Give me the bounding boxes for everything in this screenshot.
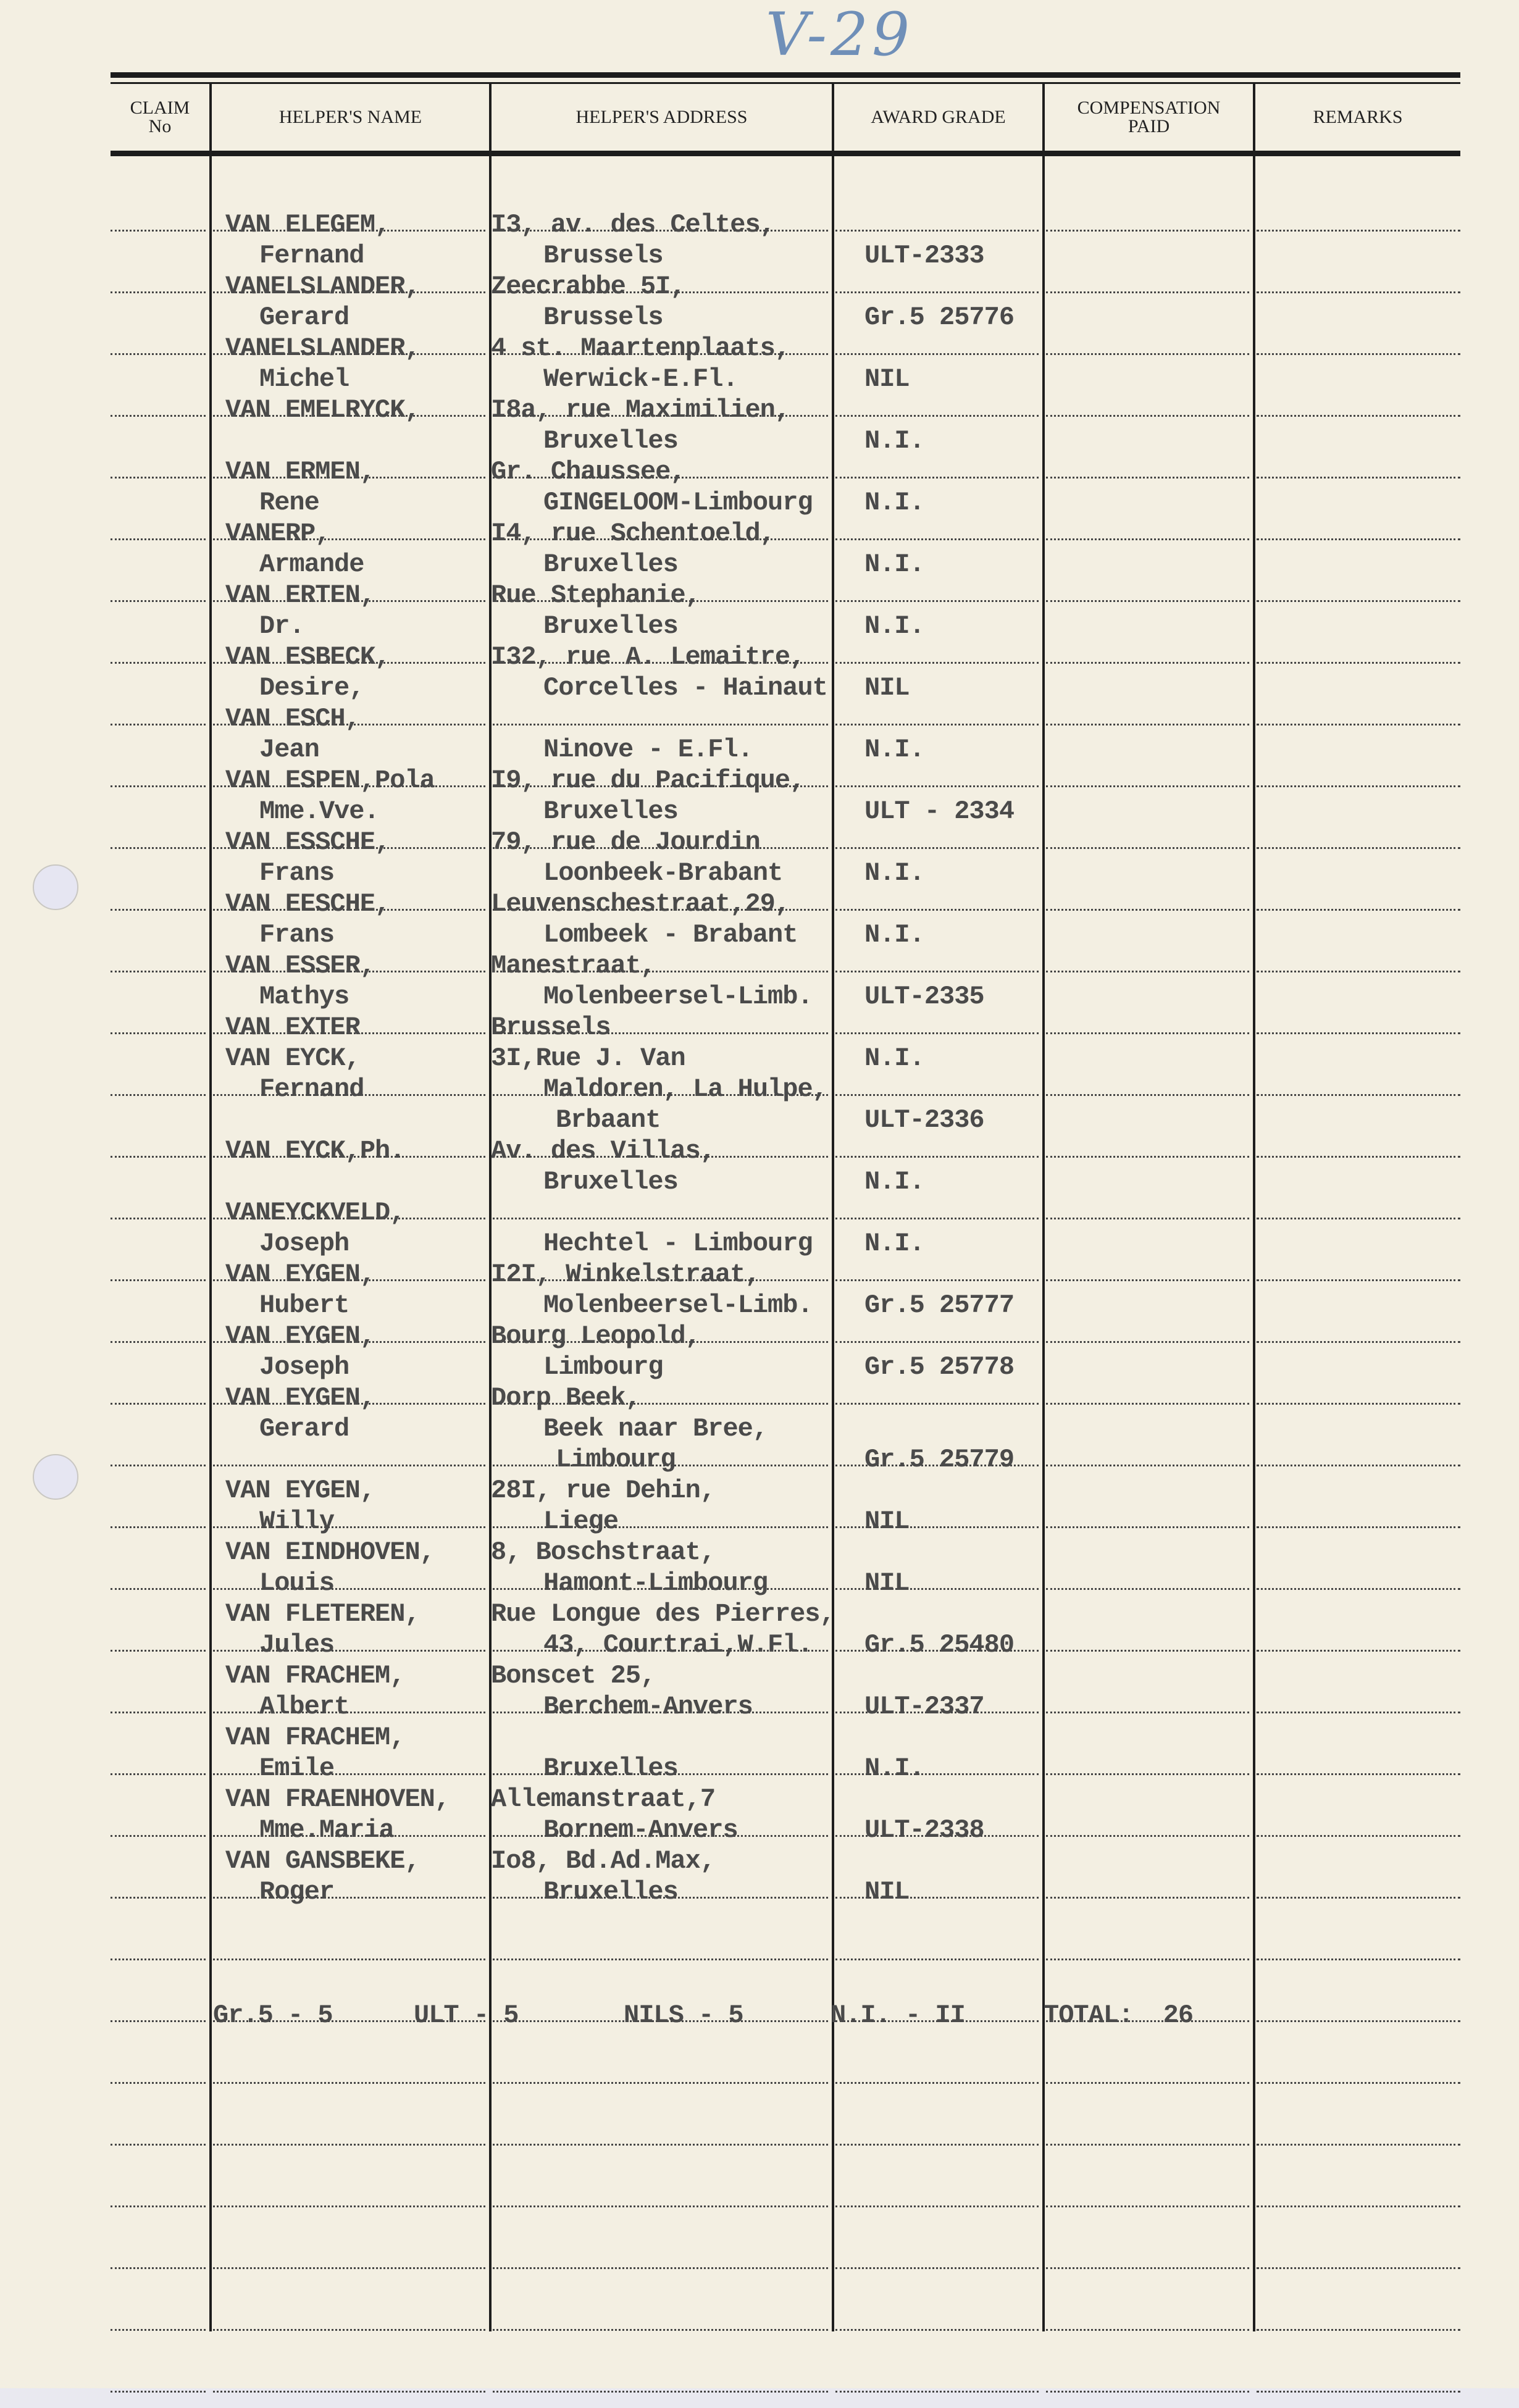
address-line-2: Liege xyxy=(543,1507,618,1536)
award-grade: N.I. xyxy=(864,611,924,641)
dotted-rule xyxy=(835,847,1039,849)
dotted-rule xyxy=(111,353,206,355)
dotted-rule xyxy=(1046,1712,1249,1713)
header-rule-top xyxy=(111,72,1460,78)
dotted-rule xyxy=(1257,1032,1460,1034)
dotted-rule xyxy=(835,1959,1039,1960)
dotted-rule xyxy=(1257,1156,1460,1158)
helper-given-name: Fernand xyxy=(259,241,364,270)
dotted-rule xyxy=(1046,1218,1249,1219)
award-grade: ULT-2335 xyxy=(864,982,984,1011)
summary-total: TOTAL: 26 xyxy=(1044,2000,1193,2030)
dotted-rule xyxy=(1257,1773,1460,1775)
dotted-rule xyxy=(1257,477,1460,479)
helper-surname: VAN EYGEN, xyxy=(225,1383,375,1413)
dotted-rule xyxy=(835,1218,1039,1219)
award-grade: ULT-2337 xyxy=(864,1692,984,1721)
address-line-2: Loonbeek-Brabant xyxy=(543,858,782,888)
address-line-2: Corcelles - Hainaut xyxy=(543,673,827,703)
punch-hole-icon xyxy=(33,864,78,910)
dotted-rule xyxy=(111,662,206,664)
header-helper-address: HELPER'S ADDRESS xyxy=(492,86,832,148)
dotted-rule xyxy=(1046,1279,1249,1281)
dotted-rule xyxy=(111,785,206,787)
helper-surname: VAN ESSCHE, xyxy=(225,827,390,857)
dotted-rule xyxy=(1257,2329,1460,2331)
helper-given-name: Willy xyxy=(259,1507,334,1536)
dotted-rule xyxy=(1046,1094,1249,1096)
dotted-rule xyxy=(835,971,1039,972)
dotted-rule xyxy=(111,1279,206,1281)
dotted-rule xyxy=(1257,847,1460,849)
dotted-rule xyxy=(111,1897,206,1899)
dotted-rule xyxy=(213,2082,485,2084)
address-line-1: Brussels xyxy=(491,1013,611,1042)
dotted-rule xyxy=(1046,1897,1249,1899)
dotted-rule xyxy=(1257,1526,1460,1528)
award-grade: ULT-2336 xyxy=(864,1105,984,1135)
dotted-rule xyxy=(111,1156,206,1158)
dotted-rule xyxy=(111,2082,206,2084)
dotted-rule xyxy=(1046,1526,1249,1528)
helper-surname: VANEYCKVELD, xyxy=(225,1198,404,1227)
address-line-1: 8, Boschstraat, xyxy=(491,1537,715,1567)
address-line-1: Rue Longue des Pierres, xyxy=(491,1599,835,1629)
dotted-rule xyxy=(1046,2144,1249,2146)
dotted-rule xyxy=(1046,909,1249,911)
header-claim-no: CLAIM No xyxy=(111,86,209,148)
column-divider xyxy=(1042,84,1045,2331)
dotted-rule xyxy=(1046,2391,1249,2393)
helper-surname: VAN EXTER xyxy=(225,1013,360,1042)
dotted-rule xyxy=(1046,1156,1249,1158)
dotted-rule xyxy=(493,2144,828,2146)
address-line-1: I3, av. des Celtes, xyxy=(491,210,775,240)
dotted-rule xyxy=(493,1218,828,1219)
dotted-rule xyxy=(835,230,1039,232)
address-line-2: Hamont-Limbourg xyxy=(543,1568,768,1598)
dotted-rule xyxy=(1046,785,1249,787)
address-line-1: 79, rue de Jourdin xyxy=(491,827,760,857)
address-line-1: 3I,Rue J. Van xyxy=(491,1043,685,1073)
dotted-rule xyxy=(835,1279,1039,1281)
dotted-rule xyxy=(835,1403,1039,1405)
dotted-rule xyxy=(1257,1341,1460,1343)
summary-gr5: Gr.5 - 5 xyxy=(213,2000,333,2030)
dotted-rule xyxy=(1257,1465,1460,1466)
address-line-1: Rue Stephanie, xyxy=(491,580,700,610)
helper-surname: VANERP, xyxy=(225,519,330,548)
dotted-rule xyxy=(213,2267,485,2269)
dotted-rule xyxy=(1046,538,1249,540)
helper-surname: VAN GANSBEKE, xyxy=(225,1846,420,1876)
award-grade: Gr.5 25777 xyxy=(864,1290,1014,1320)
award-grade: Gr.5 25480 xyxy=(864,1630,1014,1660)
dotted-rule xyxy=(1257,1403,1460,1405)
punch-hole-icon xyxy=(33,1454,78,1500)
dotted-rule xyxy=(835,477,1039,479)
address-line-1: Allemanstraat,7 xyxy=(491,1784,715,1814)
dotted-rule xyxy=(493,1959,828,1960)
header-rule-thin xyxy=(111,82,1460,84)
helper-given-name: Emile xyxy=(259,1754,334,1783)
award-grade: Gr.5 25776 xyxy=(864,303,1014,332)
helper-surname: VAN EYCK, xyxy=(225,1043,360,1073)
helper-surname: VAN FRACHEM, xyxy=(225,1661,404,1691)
dotted-rule xyxy=(213,2329,485,2331)
dotted-rule xyxy=(1046,847,1249,849)
dotted-rule xyxy=(111,1588,206,1590)
dotted-rule xyxy=(1046,1959,1249,1960)
address-line-1: Bonscet 25, xyxy=(491,1661,655,1691)
helper-given-name: Jules xyxy=(259,1630,334,1660)
helper-surname: VAN EYGEN, xyxy=(225,1260,375,1289)
dotted-rule xyxy=(493,724,828,725)
helper-given-name: Roger xyxy=(259,1877,334,1907)
dotted-rule xyxy=(1257,1712,1460,1713)
helper-given-name: Mathys xyxy=(259,982,349,1011)
file-mark: V-29 xyxy=(766,0,913,69)
helper-given-name: Armande xyxy=(259,550,364,579)
header-helper-name: HELPER'S NAME xyxy=(212,86,489,148)
dotted-rule xyxy=(1257,415,1460,417)
dotted-rule xyxy=(111,538,206,540)
address-line-2: Beek naar Bree, xyxy=(543,1414,768,1444)
dotted-rule xyxy=(111,1032,206,1034)
award-grade: ULT-2333 xyxy=(864,241,984,270)
dotted-rule xyxy=(835,2391,1039,2393)
dotted-rule xyxy=(835,785,1039,787)
address-line-3: Brbaant xyxy=(556,1105,660,1135)
helper-surname: VAN EYGEN, xyxy=(225,1321,375,1351)
dotted-rule xyxy=(213,1526,485,1528)
helper-surname: VAN FLETEREN, xyxy=(225,1599,420,1629)
dotted-rule xyxy=(1257,1588,1460,1590)
dotted-rule xyxy=(1257,1959,1460,1960)
helper-surname: VAN EMELRYCK, xyxy=(225,395,420,425)
dotted-rule xyxy=(111,1526,206,1528)
dotted-rule xyxy=(111,847,206,849)
helper-given-name: Desire, xyxy=(259,673,364,703)
dotted-rule xyxy=(111,230,206,232)
helper-surname: VAN ESCH, xyxy=(225,704,360,734)
dotted-rule xyxy=(213,1650,485,1652)
helper-given-name: Joseph xyxy=(259,1229,349,1258)
dotted-rule xyxy=(1046,662,1249,664)
dotted-rule xyxy=(111,1218,206,1219)
summary-ni: N.I. - II xyxy=(831,2000,965,2030)
dotted-rule xyxy=(1257,1218,1460,1219)
dotted-rule xyxy=(1257,538,1460,540)
dotted-rule xyxy=(111,1712,206,1713)
address-line-1: I8a, rue Maximilien, xyxy=(491,395,790,425)
address-line-2: Brussels xyxy=(543,303,663,332)
dotted-rule xyxy=(1046,353,1249,355)
dotted-rule xyxy=(111,971,206,972)
award-grade: ULT-2338 xyxy=(864,1815,984,1845)
helper-surname: VAN EINDHOVEN, xyxy=(225,1537,435,1567)
helper-given-name: Albert xyxy=(259,1692,349,1721)
award-grade: N.I. xyxy=(864,920,924,950)
header-award-grade: AWARD GRADE xyxy=(834,86,1042,148)
dotted-rule xyxy=(1257,1835,1460,1837)
address-line-2: Ninove - E.Fl. xyxy=(543,735,753,764)
address-line-1: 4 st. Maartenplaats, xyxy=(491,333,790,363)
dotted-rule xyxy=(111,1094,206,1096)
helper-surname: VAN FRACHEM, xyxy=(225,1723,404,1752)
dotted-rule xyxy=(213,1897,485,1899)
award-grade: NIL xyxy=(864,1568,910,1598)
address-line-2: Bruxelles xyxy=(543,796,678,826)
dotted-rule xyxy=(1046,2205,1249,2207)
dotted-rule xyxy=(493,2082,828,2084)
award-grade: NIL xyxy=(864,1877,910,1907)
address-line-2: Bruxelles xyxy=(543,1167,678,1197)
award-grade: N.I. xyxy=(864,488,924,517)
dotted-rule xyxy=(111,1465,206,1466)
dotted-rule xyxy=(111,2391,206,2393)
dotted-rule xyxy=(111,2329,206,2331)
helper-given-name: Louis xyxy=(259,1568,334,1598)
dotted-rule xyxy=(1046,971,1249,972)
dotted-rule xyxy=(835,662,1039,664)
dotted-rule xyxy=(1257,785,1460,787)
dotted-rule xyxy=(1046,2329,1249,2331)
award-grade: N.I. xyxy=(864,735,924,764)
address-line-1: I9, rue du Pacifique, xyxy=(491,766,805,795)
dotted-rule xyxy=(835,909,1039,911)
helper-surname: VAN EYCK,Ph. xyxy=(225,1136,404,1166)
address-line-1: Manestraat, xyxy=(491,951,655,980)
dotted-rule xyxy=(1046,1032,1249,1034)
address-line-2: Berchem-Anvers xyxy=(543,1692,753,1721)
helper-given-name: Gerard xyxy=(259,1414,349,1444)
address-line-2: Limbourg xyxy=(543,1352,663,1382)
dotted-rule xyxy=(111,909,206,911)
dotted-rule xyxy=(213,1959,485,1960)
address-line-1: Leuvenschestraat,29, xyxy=(491,889,790,919)
helper-given-name: Joseph xyxy=(259,1352,349,1382)
dotted-rule xyxy=(1046,2267,1249,2269)
helper-surname: VAN ESSER, xyxy=(225,951,375,980)
dotted-rule xyxy=(213,1712,485,1713)
award-grade: Gr.5 25778 xyxy=(864,1352,1014,1382)
helper-surname: VAN ERMEN, xyxy=(225,457,375,487)
award-grade: N.I. xyxy=(864,550,924,579)
address-line-2: Molenbeersel-Limb. xyxy=(543,1290,813,1320)
helper-surname: VAN EYGEN, xyxy=(225,1476,375,1505)
dotted-rule xyxy=(835,2267,1039,2269)
award-grade: N.I. xyxy=(864,1043,924,1073)
dotted-rule xyxy=(111,1835,206,1837)
dotted-rule xyxy=(1046,1588,1249,1590)
dotted-rule xyxy=(1257,291,1460,293)
dotted-rule xyxy=(493,2391,828,2393)
dotted-rule xyxy=(213,1588,485,1590)
address-line-2: Bruxelles xyxy=(543,1877,678,1907)
dotted-rule xyxy=(835,2144,1039,2146)
address-line-1: Dorp Beek, xyxy=(491,1383,640,1413)
address-line-3: Limbourg xyxy=(556,1445,676,1474)
address-line-1: Gr. Chaussee, xyxy=(491,457,685,487)
dotted-rule xyxy=(1046,477,1249,479)
dotted-rule xyxy=(111,1959,206,1960)
award-grade: NIL xyxy=(864,364,910,394)
dotted-rule xyxy=(835,353,1039,355)
dotted-rule xyxy=(1257,1897,1460,1899)
dotted-rule xyxy=(835,600,1039,602)
dotted-rule xyxy=(1046,1341,1249,1343)
address-line-2: Hechtel - Limbourg xyxy=(543,1229,813,1258)
dotted-rule xyxy=(835,1156,1039,1158)
dotted-rule xyxy=(1257,2205,1460,2207)
award-grade: N.I. xyxy=(864,858,924,888)
dotted-rule xyxy=(1046,2082,1249,2084)
helper-surname: VANELSLANDER, xyxy=(225,272,420,301)
address-line-1: I2I, Winkelstraat, xyxy=(491,1260,760,1289)
address-line-2: Bruxelles xyxy=(543,550,678,579)
award-grade: N.I. xyxy=(864,1229,924,1258)
dotted-rule xyxy=(835,415,1039,417)
helper-given-name: Fernand xyxy=(259,1074,364,1104)
dotted-rule xyxy=(1257,971,1460,972)
dotted-rule xyxy=(1046,291,1249,293)
award-grade: N.I. xyxy=(864,1754,924,1783)
dotted-rule xyxy=(111,600,206,602)
dotted-rule xyxy=(213,1465,485,1466)
address-line-2: Bruxelles xyxy=(543,1754,678,1783)
dotted-rule xyxy=(213,1773,485,1775)
dotted-rule xyxy=(835,2205,1039,2207)
helper-surname: VAN ELEGEM, xyxy=(225,210,390,240)
address-line-2: Bornem-Anvers xyxy=(543,1815,738,1845)
address-line-1: Zeecrabbe 5I, xyxy=(491,272,685,301)
address-line-1: 28I, rue Dehin, xyxy=(491,1476,715,1505)
dotted-rule xyxy=(1046,1465,1249,1466)
helper-given-name: Gerard xyxy=(259,303,349,332)
helper-surname: VAN ERTEN, xyxy=(225,580,375,610)
dotted-rule xyxy=(1046,230,1249,232)
dotted-rule xyxy=(835,1032,1039,1034)
helper-given-name: Rene xyxy=(259,488,319,517)
dotted-rule xyxy=(111,291,206,293)
dotted-rule xyxy=(493,2329,828,2331)
dotted-rule xyxy=(835,2082,1039,2084)
dotted-rule xyxy=(1257,1094,1460,1096)
column-divider xyxy=(832,84,834,2331)
award-grade: NIL xyxy=(864,1507,910,1536)
helper-given-name: Frans xyxy=(259,858,334,888)
dotted-rule xyxy=(111,2205,206,2207)
dotted-rule xyxy=(1257,662,1460,664)
dotted-rule xyxy=(111,415,206,417)
dotted-rule xyxy=(1257,353,1460,355)
dotted-rule xyxy=(213,2205,485,2207)
address-line-2: Bruxelles xyxy=(543,611,678,641)
address-line-1: I4, rue Schentoeld, xyxy=(491,519,775,548)
award-grade: N.I. xyxy=(864,426,924,456)
address-line-1: Bourg Leopold, xyxy=(491,1321,700,1351)
dotted-rule xyxy=(835,1341,1039,1343)
dotted-rule xyxy=(111,1403,206,1405)
dotted-rule xyxy=(1257,1279,1460,1281)
dotted-rule xyxy=(1257,2144,1460,2146)
column-divider xyxy=(1253,84,1255,2331)
dotted-rule xyxy=(111,2020,206,2022)
dotted-rule xyxy=(835,538,1039,540)
helper-given-name: Dr. xyxy=(259,611,304,641)
address-line-2: Bruxelles xyxy=(543,426,678,456)
address-line-2: 43, Courtrai,W.Fl. xyxy=(543,1630,813,1660)
helper-given-name: Michel xyxy=(259,364,349,394)
summary-ult: ULT - 5 xyxy=(414,2000,518,2030)
dotted-rule xyxy=(1046,1773,1249,1775)
header-compensation-paid: COMPENSATION PAID xyxy=(1045,86,1253,148)
address-line-1: Av. des Villas, xyxy=(491,1136,715,1166)
dotted-rule xyxy=(111,1341,206,1343)
helper-given-name: Mme.Vve. xyxy=(259,796,379,826)
address-line-2: GINGELOOM-Limbourg xyxy=(543,488,813,517)
dotted-rule xyxy=(1257,2082,1460,2084)
dotted-rule xyxy=(1257,1650,1460,1652)
dotted-rule xyxy=(1046,1835,1249,1837)
helper-given-name: Frans xyxy=(259,920,334,950)
helper-given-name: Hubert xyxy=(259,1290,349,1320)
address-line-1: Io8, Bd.Ad.Max, xyxy=(491,1846,715,1876)
dotted-rule xyxy=(111,477,206,479)
dotted-rule xyxy=(111,724,206,725)
dotted-rule xyxy=(213,2144,485,2146)
dotted-rule xyxy=(493,2205,828,2207)
address-line-2: Lombeek - Brabant xyxy=(543,920,797,950)
dotted-rule xyxy=(1257,2267,1460,2269)
address-line-2: Werwick-E.Fl. xyxy=(543,364,738,394)
summary-nils: NILS - 5 xyxy=(624,2000,743,2030)
helper-surname: VAN EESCHE, xyxy=(225,889,390,919)
award-grade: NIL xyxy=(864,673,910,703)
dotted-rule xyxy=(111,2144,206,2146)
award-grade: Gr.5 25779 xyxy=(864,1445,1014,1474)
helper-surname: VAN ESBECK, xyxy=(225,642,390,672)
award-grade: ULT - 2334 xyxy=(864,796,1014,826)
dotted-rule xyxy=(1257,2020,1460,2022)
address-line-2: Brussels xyxy=(543,241,663,270)
dotted-rule xyxy=(835,1094,1039,1096)
address-line-1: I32, rue A. Lemaitre, xyxy=(491,642,805,672)
address-line-2: Molenbeersel-Limb. xyxy=(543,982,813,1011)
dotted-rule xyxy=(1046,724,1249,725)
dotted-rule xyxy=(835,291,1039,293)
dotted-rule xyxy=(493,2267,828,2269)
helper-given-name: Jean xyxy=(259,735,319,764)
helper-surname: VAN FRAENHOVEN, xyxy=(225,1784,450,1814)
dotted-rule xyxy=(1046,415,1249,417)
dotted-rule xyxy=(213,2391,485,2393)
award-grade: N.I. xyxy=(864,1167,924,1197)
helper-surname: VANELSLANDER, xyxy=(225,333,420,363)
dotted-rule xyxy=(1257,2391,1460,2393)
dotted-rule xyxy=(111,1773,206,1775)
header-rule-bottom xyxy=(111,151,1460,156)
dotted-rule xyxy=(1046,600,1249,602)
dotted-rule xyxy=(111,1650,206,1652)
dotted-rule xyxy=(835,2329,1039,2331)
dotted-rule xyxy=(1257,909,1460,911)
dotted-rule xyxy=(1046,1650,1249,1652)
helper-given-name: Mme.Maria xyxy=(259,1815,394,1845)
dotted-rule xyxy=(111,2267,206,2269)
dotted-rule xyxy=(1257,230,1460,232)
